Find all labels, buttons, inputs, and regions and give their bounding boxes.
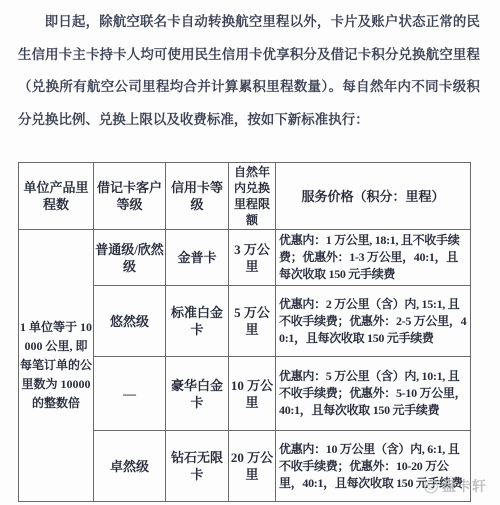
- intro-paragraph: 即日起，除航空联名卡自动转换航空里程以外，卡片及账户状态正常的民生信用卡主卡持卡…: [18, 6, 480, 136]
- row-gold-card: 1 单位等于 10000 公里, 即每笔订单的公里数为 10000 的整数倍 普…: [19, 230, 471, 286]
- watermark-label: 盘卡轩: [442, 476, 487, 496]
- cell-service-price: 优惠内：2 万公里（含）内, 15:1, 且不收手续费；优惠外：2-5 万公里，…: [276, 286, 471, 357]
- cell-annual-limit: 10 万公里: [229, 357, 276, 431]
- mileage-conversion-table: 单位产品里程数 借记卡客户等级 信用卡等级 自然年内兑换里程限额 服务价格（积分…: [18, 162, 471, 502]
- header-unit-product-miles: 单位产品里程数: [19, 163, 94, 230]
- cell-credit-card-level: 金普卡: [166, 230, 229, 286]
- cell-credit-card-level: 钻石无限卡: [166, 431, 229, 502]
- header-credit-card-level: 信用卡等级: [166, 163, 229, 230]
- cell-credit-card-level: 标准白金卡: [166, 286, 229, 357]
- cell-credit-card-level: 豪华白金卡: [166, 357, 229, 431]
- cell-debit-level: 悠然级: [94, 286, 166, 357]
- table-header-row: 单位产品里程数 借记卡客户等级 信用卡等级 自然年内兑换里程限额 服务价格（积分…: [19, 163, 471, 230]
- cell-debit-level: 卓然级: [94, 431, 166, 502]
- header-service-price: 服务价格（积分：里程）: [276, 163, 471, 230]
- cell-service-price: 优惠内：1 万公里, 18:1, 且不收手续费；优惠外：1-3 万公里，40:1…: [276, 230, 471, 286]
- cell-service-price: 优惠内：5 万公里（含）内, 10:1, 且不收手续费；优惠外：5-10 万公里…: [276, 357, 471, 431]
- cell-annual-limit: 20 万公里: [229, 431, 276, 502]
- document-page: 即日起，除航空联名卡自动转换航空里程以外，卡片及账户状态正常的民生信用卡主卡持卡…: [0, 0, 500, 505]
- cell-debit-level: —: [94, 357, 166, 431]
- cell-annual-limit: 3 万公里: [229, 230, 276, 286]
- cell-annual-limit: 5 万公里: [229, 286, 276, 357]
- unit-note-cell: 1 单位等于 10000 公里, 即每笔订单的公里数为 10000 的整数倍: [19, 230, 94, 502]
- cell-debit-level: 普通级/欣然级: [94, 230, 166, 286]
- smiley-logo-icon: [423, 478, 439, 494]
- header-annual-limit: 自然年内兑换里程限额: [229, 163, 276, 230]
- watermark: 盘卡轩: [423, 476, 487, 496]
- header-debit-card-level: 借记卡客户等级: [94, 163, 166, 230]
